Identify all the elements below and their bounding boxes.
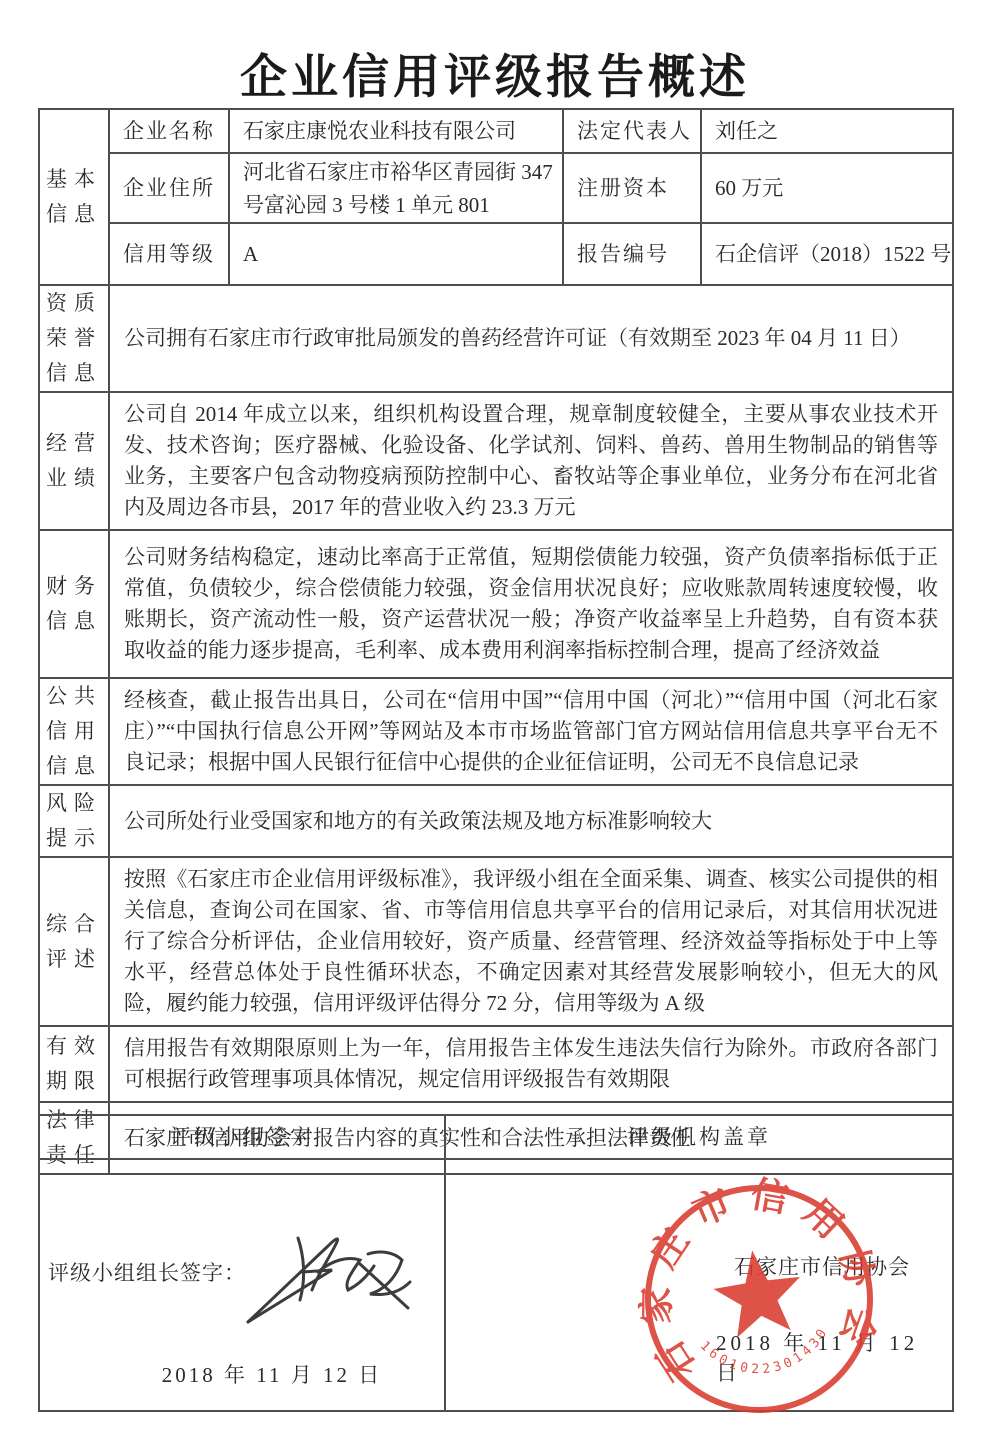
table-row: 经营业绩 公司自 2014 年成立以来，组织机构设置合理，规章制度较健全，主要从… <box>39 392 953 530</box>
table-row: 信用等级 A 报告编号 石企信评（2018）1522 号 <box>39 223 953 285</box>
table-row: 风险提示 公司所处行业受国家和地方的有关政策法规及地方标准影响较大 <box>39 785 953 857</box>
section-label-business-performance: 经营业绩 <box>39 392 109 530</box>
field-value-legal-representative: 刘任之 <box>701 109 953 153</box>
header-rating-team-signature: 评级小组签字 <box>39 1115 445 1159</box>
field-label-company-name: 企业名称 <box>109 109 229 153</box>
stamp-serial-number: 1601022301430 <box>696 1321 837 1386</box>
section-content-financial-info: 公司财务结构稳定，速动比率高于正常值，短期偿债能力较强，资产负债率指标低于正常值… <box>109 530 953 678</box>
field-label-credit-rating: 信用等级 <box>109 223 229 285</box>
signature-date: 2018 年 11 月 12 日 <box>40 1360 444 1390</box>
table-row: 评级小组组长签字： 2018 年 11 月 12 日 石家庄市信用协会 2018… <box>39 1159 953 1411</box>
field-value-credit-rating: A <box>229 223 563 285</box>
field-label-registered-capital: 注册资本 <box>563 153 701 223</box>
field-label-company-address: 企业住所 <box>109 153 229 223</box>
section-label-qualification-honor: 资质荣誉信息 <box>39 285 109 392</box>
document-page: { "page": { "title": "企业信用评级报告概述" }, "ba… <box>0 0 990 1452</box>
section-label-risk-warning: 风险提示 <box>39 785 109 857</box>
section-content-risk-warning: 公司所处行业受国家和地方的有关政策法规及地方标准影响较大 <box>109 785 953 857</box>
team-leader-signature-label: 评级小组组长签字： <box>48 1258 246 1288</box>
section-label-basic-info: 基本信息 <box>39 109 109 285</box>
report-table: 基本信息 企业名称 石家庄康悦农业科技有限公司 法定代表人 刘任之 企业住所 河… <box>38 108 954 1175</box>
stamp-star <box>709 1244 807 1340</box>
official-red-stamp: 石家庄市信用协会 1601022301430 <box>622 1162 895 1435</box>
svg-text:1601022301430: 1601022301430 <box>696 1321 837 1386</box>
section-label-financial-info: 财务信息 <box>39 530 109 678</box>
section-label-comprehensive-review: 综合评述 <box>39 857 109 1026</box>
table-row: 评级小组签字 评级机构盖章 <box>39 1115 953 1159</box>
handwritten-signature <box>240 1220 430 1340</box>
field-value-registered-capital: 60 万元 <box>701 153 953 223</box>
field-value-company-name: 石家庄康悦农业科技有限公司 <box>229 109 563 153</box>
field-label-legal-representative: 法定代表人 <box>563 109 701 153</box>
section-content-validity-period: 信用报告有效期限原则上为一年，信用报告主体发生违法失信行为除外。市政府各部门可根… <box>109 1026 953 1102</box>
seal-cell: 石家庄市信用协会 2018 年 11 月 12 日 石家庄市信用协会 16010… <box>445 1159 953 1411</box>
section-content-business-performance: 公司自 2014 年成立以来，组织机构设置合理，规章制度较健全，主要从事农业技术… <box>109 392 953 530</box>
table-row: 有效期限 信用报告有效期限原则上为一年，信用报告主体发生违法失信行为除外。市政府… <box>39 1026 953 1102</box>
table-row: 企业住所 河北省石家庄市裕华区青园街 347 号富沁园 3 号楼 1 单元 80… <box>39 153 953 223</box>
table-row: 财务信息 公司财务结构稳定，速动比率高于正常值，短期偿债能力较强，资产负债率指标… <box>39 530 953 678</box>
section-content-comprehensive-review: 按照《石家庄市企业信用评级标准》，我评级小组在全面采集、调查、核实公司提供的相关… <box>109 857 953 1026</box>
field-label-report-number: 报告编号 <box>563 223 701 285</box>
signature-table: 评级小组签字 评级机构盖章 评级小组组长签字： 2018 年 11 月 12 日… <box>38 1114 954 1412</box>
page-title: 企业信用评级报告概述 <box>0 40 990 107</box>
table-row: 综合评述 按照《石家庄市企业信用评级标准》，我评级小组在全面采集、调查、核实公司… <box>39 857 953 1026</box>
table-row: 基本信息 企业名称 石家庄康悦农业科技有限公司 法定代表人 刘任之 <box>39 109 953 153</box>
section-content-qualification-honor: 公司拥有石家庄市行政审批局颁发的兽药经营许可证（有效期至 2023 年 04 月… <box>109 285 953 392</box>
field-value-report-number: 石企信评（2018）1522 号 <box>701 223 953 285</box>
table-row: 公共信用信息 经核查，截止报告出具日，公司在“信用中国”“信用中国（河北）”“信… <box>39 678 953 785</box>
header-rating-agency-seal: 评级机构盖章 <box>445 1115 953 1159</box>
signature-cell: 评级小组组长签字： 2018 年 11 月 12 日 <box>39 1159 445 1411</box>
field-value-company-address: 河北省石家庄市裕华区青园街 347 号富沁园 3 号楼 1 单元 801 <box>229 153 563 223</box>
table-row: 资质荣誉信息 公司拥有石家庄市行政审批局颁发的兽药经营许可证（有效期至 2023… <box>39 285 953 392</box>
section-content-public-credit-info: 经核查，截止报告出具日，公司在“信用中国”“信用中国（河北）”“信用中国（河北石… <box>109 678 953 785</box>
section-label-public-credit-info: 公共信用信息 <box>39 678 109 785</box>
section-label-validity-period: 有效期限 <box>39 1026 109 1102</box>
